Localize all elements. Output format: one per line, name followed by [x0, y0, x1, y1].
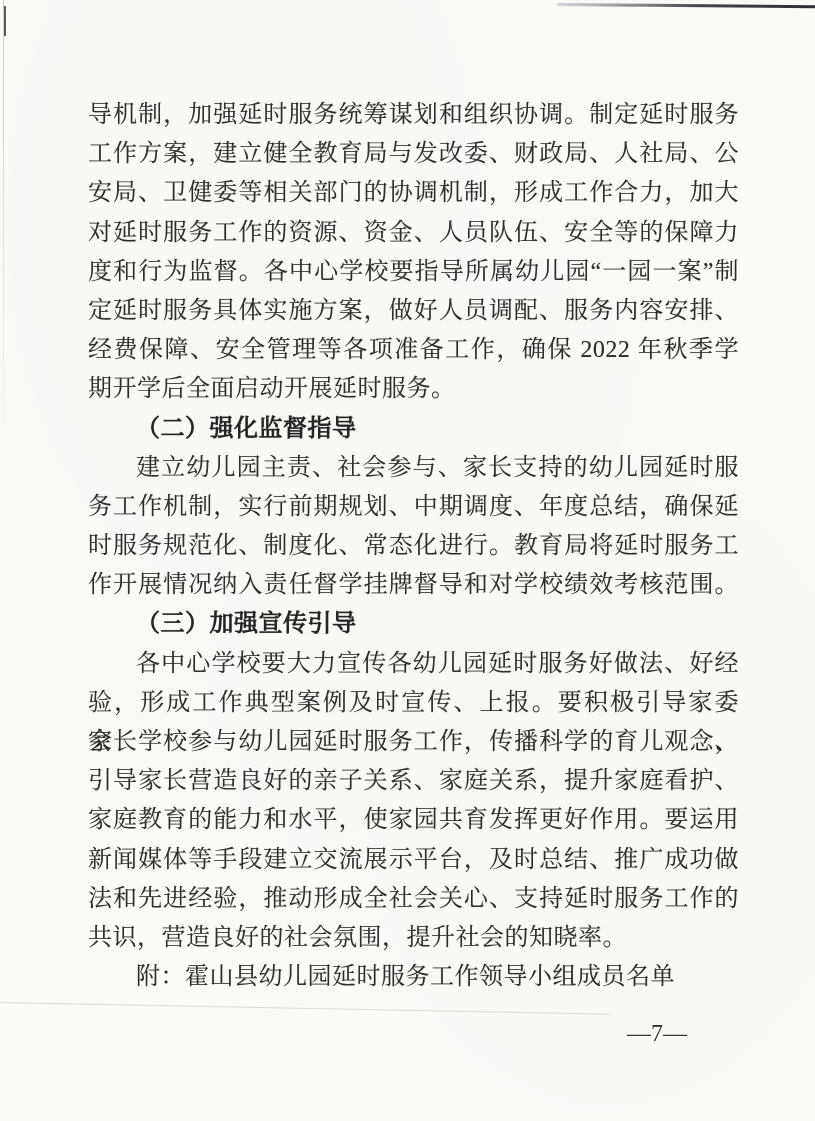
- scan-crease-artifact: [0, 1002, 610, 1015]
- text-line: 经费保障、安全管理等各项准备工作，确保 2022 年秋季学: [88, 331, 739, 370]
- text-line: 度和行为监督。各中心学校要指导所属幼儿园“一园一案”制: [88, 253, 739, 292]
- text-line: 期开学后全面启动开展延时服务。: [88, 370, 739, 409]
- section-heading: （三）加强宣传引导: [88, 605, 739, 644]
- text-line: 工作方案，建立健全教育局与发改委、财政局、人社局、公: [88, 135, 739, 174]
- text-line: 验，形成工作典型案例及时宣传、上报。要积极引导家委会、: [88, 684, 739, 723]
- text-line: 各中心学校要大力宣传各幼儿园延时服务好做法、好经: [88, 645, 739, 684]
- section-heading: （二）强化监督指导: [88, 410, 739, 449]
- scan-edge-artifact-top: [557, 3, 815, 8]
- text-line: 作开展情况纳入责任督学挂牌督导和对学校绩效考核范围。: [88, 566, 739, 605]
- scan-edge-artifact-left-tick: [4, 6, 6, 36]
- scanned-document-page: 导机制，加强延时服务统筹谋划和组织协调。制定延时服务工作方案，建立健全教育局与发…: [0, 0, 815, 1121]
- text-line: 法和先进经验，推动形成全社会关心、支持延时服务工作的: [88, 880, 739, 919]
- text-line: 安局、卫健委等相关部门的协调机制，形成工作合力，加大: [88, 174, 739, 213]
- scan-edge-artifact-left: [3, 0, 4, 420]
- text-line: 对延时服务工作的资源、资金、人员队伍、安全等的保障力: [88, 214, 739, 253]
- document-body: 导机制，加强延时服务统筹谋划和组织协调。制定延时服务工作方案，建立健全教育局与发…: [88, 96, 739, 997]
- text-line: 共识，营造良好的社会氛围，提升社会的知晓率。: [88, 919, 739, 958]
- text-line: 家庭教育的能力和水平，使家园共育发挥更好作用。要运用: [88, 801, 739, 840]
- attachment-line: 附：霍山县幼儿园延时服务工作领导小组成员名单: [88, 958, 739, 997]
- text-line: 引导家长营造良好的亲子关系、家庭关系，提升家庭看护、: [88, 762, 739, 801]
- text-line: 务工作机制，实行前期规划、中期调度、年度总结，确保延: [88, 488, 739, 527]
- text-line: 时服务规范化、制度化、常态化进行。教育局将延时服务工: [88, 527, 739, 566]
- text-line: 建立幼儿园主责、社会参与、家长支持的幼儿园延时服: [88, 449, 739, 488]
- text-line: 新闻媒体等手段建立交流展示平台，及时总结、推广成功做: [88, 841, 739, 880]
- text-line: 家长学校参与幼儿园延时服务工作，传播科学的育儿观念，: [88, 723, 739, 762]
- page-number: —7—: [616, 1019, 698, 1049]
- text-line: 定延时服务具体实施方案，做好人员调配、服务内容安排、: [88, 292, 739, 331]
- text-line: 导机制，加强延时服务统筹谋划和组织协调。制定延时服务: [88, 96, 739, 135]
